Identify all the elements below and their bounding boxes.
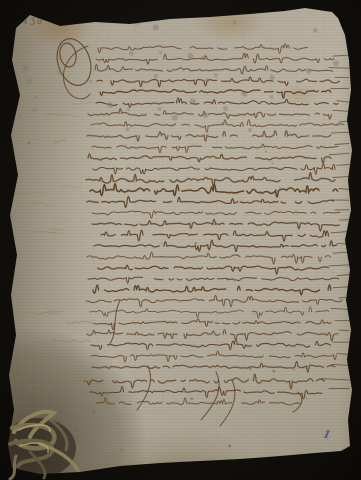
handwriting-ink — [0, 0, 361, 480]
manuscript-page: 4ʒgoR 161 1 — [0, 0, 361, 480]
manuscript-photo: 4ʒgoR 161 1 — [0, 0, 361, 480]
folio-number: 1 — [322, 427, 333, 441]
archival-notation: 4ʒgoR 161 — [22, 8, 88, 27]
